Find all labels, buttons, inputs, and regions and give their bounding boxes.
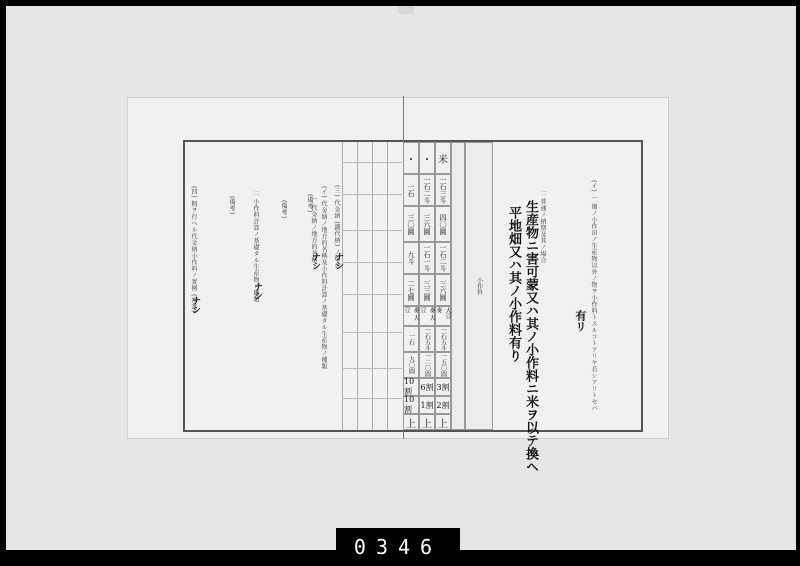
grid-line bbox=[372, 142, 373, 430]
note-2: (備考) bbox=[280, 200, 287, 219]
grid-line bbox=[342, 230, 402, 231]
table-row: 10割 bbox=[403, 378, 419, 396]
table-row: 三六圓 bbox=[419, 206, 435, 242]
table-row: ・ bbox=[419, 142, 435, 174]
table-row: 上 bbox=[435, 414, 451, 430]
grid-line bbox=[387, 142, 388, 430]
grid-line bbox=[342, 398, 402, 399]
table-row: 大豆 麥 bbox=[435, 306, 451, 326]
grid-line bbox=[357, 142, 358, 430]
table-row: 一石 bbox=[403, 174, 419, 206]
table-row: 一石 bbox=[403, 326, 419, 352]
table-row: 麥 大豆 bbox=[403, 306, 419, 326]
item-3-answer: ナシ bbox=[330, 252, 346, 270]
table-row: 1割 bbox=[419, 396, 435, 414]
table-col-headers bbox=[451, 142, 465, 430]
item-4-answer: ナシ bbox=[187, 296, 203, 314]
table-row: 上 bbox=[403, 414, 419, 430]
grid-line bbox=[342, 262, 402, 263]
grid-line bbox=[342, 368, 402, 369]
table-row: 二七圓 bbox=[403, 274, 419, 306]
table-row: 九〇圓 bbox=[403, 352, 419, 378]
table-row: 一二〇圓 bbox=[419, 352, 435, 378]
item-3-one-answer: ナシ bbox=[307, 252, 323, 270]
item-4: (四) 籾ヲ行ヘル代金納小作料ノ實例 (反當) bbox=[190, 186, 197, 313]
table-row: 三三圓 bbox=[419, 274, 435, 306]
table-row: 一石三斗 bbox=[435, 174, 451, 206]
film-notch bbox=[398, 6, 414, 14]
item-2-answer: ナシ bbox=[249, 282, 265, 300]
table-row: 3割 bbox=[435, 378, 451, 396]
item-i-answer: 有リ bbox=[572, 310, 588, 332]
note-3: (備考) bbox=[228, 196, 235, 215]
table-row: 麥 大豆 bbox=[419, 306, 435, 326]
grid-line bbox=[342, 294, 402, 295]
table-row: 一五〇圓 bbox=[435, 352, 451, 378]
table-row: 一石五斗 bbox=[419, 326, 435, 352]
table-row: 米 bbox=[435, 142, 451, 174]
table-row: 一石一斗 bbox=[419, 242, 435, 274]
grid-line bbox=[342, 332, 402, 333]
item-i-text: (イ) 一 畑ノ小作田ノ生産物以外ノ物ヲ小作料トスルコトアリヤ若シアリトセバ bbox=[590, 180, 597, 412]
table-row: 一石二斗 bbox=[419, 174, 435, 206]
table-row: 三六圓 bbox=[435, 274, 451, 306]
section-2-heading: 二 普通ノ納期及其ノ場合 bbox=[539, 190, 546, 264]
grid-line bbox=[342, 194, 402, 195]
table-row: 四〇圓 bbox=[435, 206, 451, 242]
table-row: 上 bbox=[419, 414, 435, 430]
table-row: 九斗 bbox=[403, 242, 419, 274]
table-row: 6割 bbox=[419, 378, 435, 396]
rent-table: 小作料 米 ・ ・ 一石三斗 一石二斗 一石 四〇圓 三六圓 三〇圓 一石二斗 … bbox=[403, 142, 493, 430]
handwritten-line-1: 生産物ニ害可蒙又ハ其ノ小作料ニ米ヲ以テ換ヘ bbox=[522, 200, 538, 473]
empty-table-grid bbox=[342, 142, 402, 430]
table-row: 三〇圓 bbox=[403, 206, 419, 242]
grid-line bbox=[342, 142, 343, 430]
table-row: ・ bbox=[403, 142, 419, 174]
table-row: 2割 bbox=[435, 396, 451, 414]
table-title: 小作料 bbox=[465, 142, 493, 430]
table-row: 一石五斗 bbox=[435, 326, 451, 352]
frame-number: 0346 bbox=[336, 530, 460, 564]
item-3-i: (イ) 代金納ノ地方的名稱及小作料計算ノ基礎タル生産物ノ種類 bbox=[320, 186, 327, 370]
handwritten-line-2: 平地畑又ハ其ノ小作料有り bbox=[505, 206, 521, 362]
table-row: 一石二斗 bbox=[435, 242, 451, 274]
film-margin bbox=[300, 514, 500, 528]
table-row: 10割 bbox=[403, 396, 419, 414]
grid-line bbox=[342, 162, 402, 163]
